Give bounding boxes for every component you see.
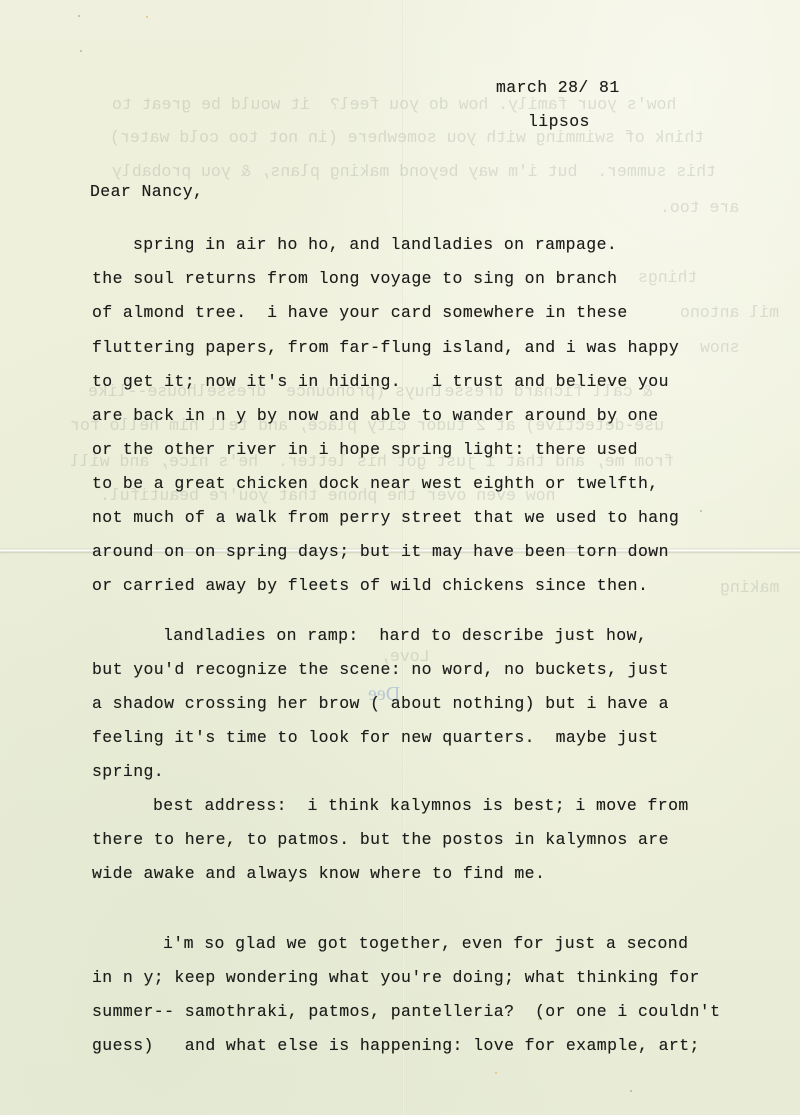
salutation: Dear Nancy,: [90, 182, 203, 202]
bleed-through-line: mil antono: [680, 303, 779, 322]
paragraph-4-line: summer-- samothraki, patmos, pantelleria…: [92, 1002, 720, 1022]
paragraph-1-line: to be a great chicken dock near west eig…: [92, 474, 659, 494]
letter-date: march 28/ 81: [496, 78, 620, 98]
paragraph-1-line: are back in n y by now and able to wande…: [92, 406, 659, 426]
paper-speck: [495, 1072, 497, 1074]
paragraph-1-line: or carried away by fleets of wild chicke…: [92, 576, 648, 596]
paragraph-4-line: guess) and what else is happening: love …: [92, 1036, 700, 1056]
paper-speck: [80, 50, 82, 52]
paragraph-4-line: in n y; keep wondering what you're doing…: [92, 968, 700, 988]
paragraph-1-line: the soul returns from long voyage to sin…: [92, 269, 617, 289]
paragraph-1-line: not much of a walk from perry street tha…: [92, 508, 679, 528]
paragraph-2-line: landladies on ramp: hard to describe jus…: [163, 626, 647, 646]
paragraph-3-line: best address: i think kalymnos is best; …: [153, 796, 689, 816]
bleed-through-line: snow: [700, 338, 740, 357]
paper-speck: [78, 15, 80, 17]
paper-speck: [538, 1018, 540, 1020]
bleed-through-line: things: [638, 268, 697, 287]
bleed-through-line: think of swimming with you somewhere (in…: [110, 128, 704, 147]
paragraph-2-line: feeling it's time to look for new quarte…: [92, 728, 659, 748]
bleed-through-line: making: [720, 578, 779, 597]
paragraph-1-line: spring in air ho ho, and landladies on r…: [133, 235, 617, 255]
paragraph-1-line: around on on spring days; but it may hav…: [92, 542, 669, 562]
bleed-through-line: this summer. but i'm way beyond making p…: [112, 162, 716, 181]
paper-speck: [630, 1090, 632, 1092]
paragraph-4-line: i'm so glad we got together, even for ju…: [163, 934, 688, 954]
paragraph-2-line: but you'd recognize the scene: no word, …: [92, 660, 669, 680]
paper-speck: [146, 16, 148, 18]
paragraph-1-line: or the other river in i hope spring ligh…: [92, 440, 638, 460]
paragraph-2-line: a shadow crossing her brow ( about nothi…: [92, 694, 669, 714]
paragraph-3-line: wide awake and always know where to find…: [92, 864, 545, 884]
paragraph-1-line: of almond tree. i have your card somewhe…: [92, 303, 628, 323]
paragraph-1-line: fluttering papers, from far-flung island…: [92, 338, 679, 358]
letter-place: lipsos: [528, 112, 590, 132]
paper-speck: [700, 510, 702, 512]
bleed-through-line: are too.: [660, 198, 739, 217]
paragraph-3-line: there to here, to patmos. but the postos…: [92, 830, 669, 850]
paragraph-1-line: to get it; now it's in hiding. i trust a…: [92, 372, 669, 392]
paragraph-2-line: spring.: [92, 762, 164, 782]
letter-page: how's your family. how do you feel? it w…: [0, 0, 800, 1115]
